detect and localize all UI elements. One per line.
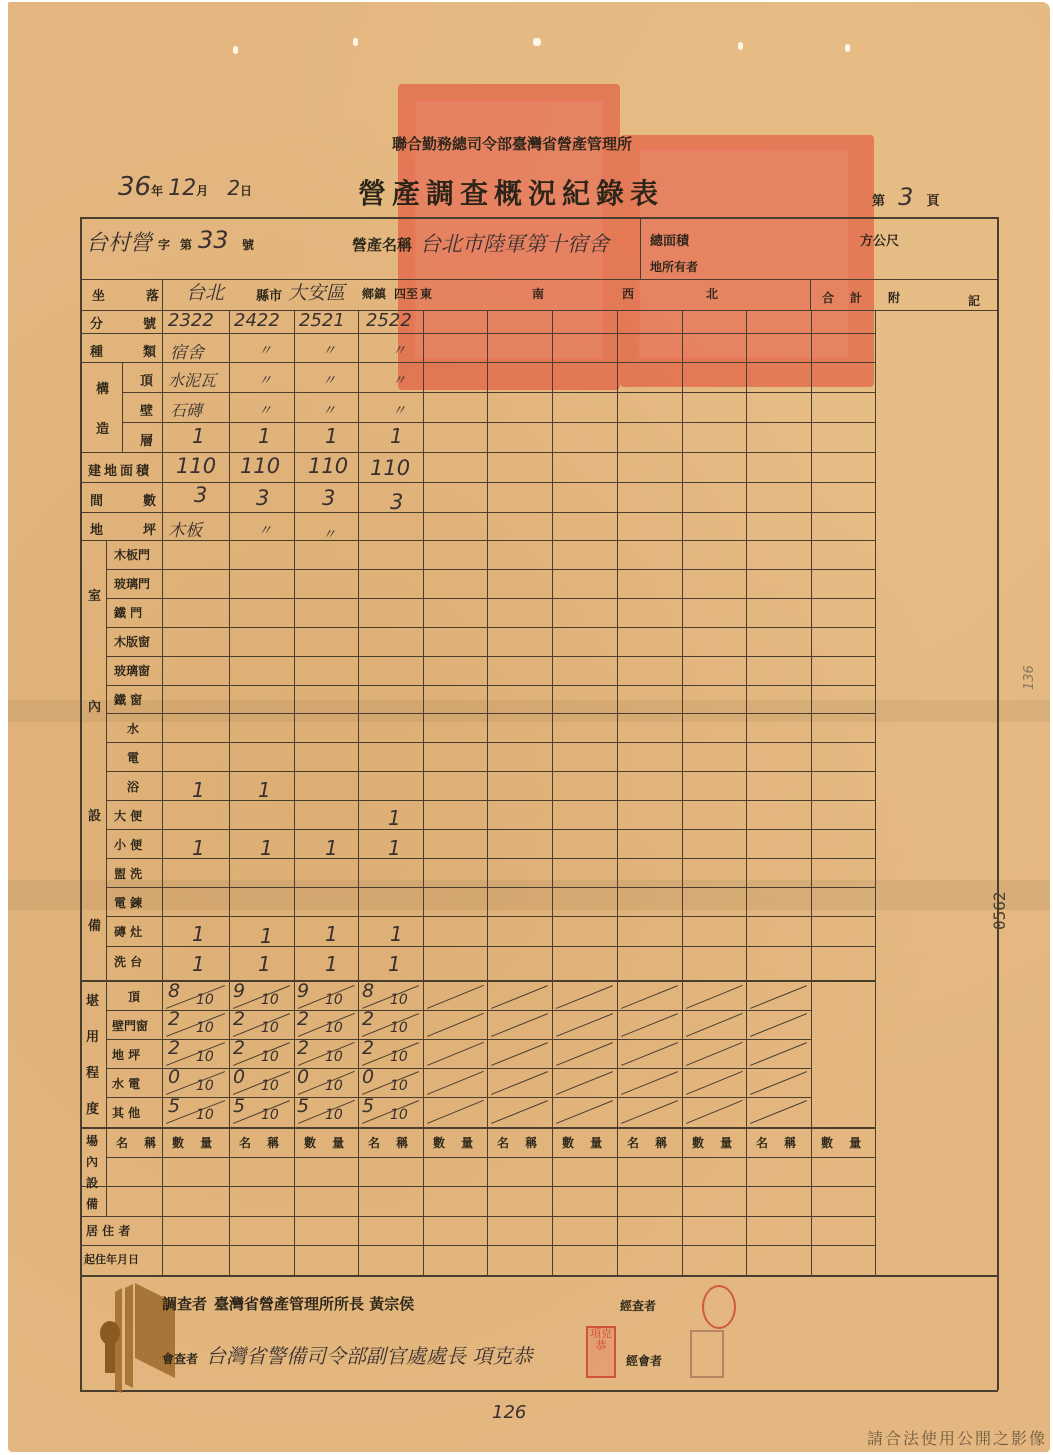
usability-numerator: 2: [233, 1008, 245, 1030]
facilities-column-header: 數 量: [821, 1134, 867, 1151]
resident-label: 居 住 者: [86, 1222, 130, 1239]
date: 36年 12月 2日: [118, 172, 252, 202]
date-day: 2: [227, 176, 240, 200]
reviewer-seal: [702, 1285, 736, 1329]
cell-sub-number: 2322: [168, 310, 214, 331]
side-archive-number: 0562: [990, 891, 1009, 930]
usability-denominator: 10: [196, 992, 214, 1008]
usability-denominator: 10: [196, 1078, 214, 1094]
punch-hole: [353, 38, 358, 46]
facilities-column-header: 名 稱: [116, 1134, 162, 1151]
usability-denominator: 10: [261, 1020, 279, 1036]
usability-denominator: 10: [390, 1049, 408, 1065]
move-in-date-label: 起住年月日: [84, 1251, 139, 1267]
usability-denominator: 10: [390, 1078, 408, 1094]
investigator-label: 調查者: [162, 1293, 207, 1314]
usage-watermark: 請合法使用公開之影像: [867, 1426, 1047, 1449]
usability-denominator: 10: [390, 1020, 408, 1036]
cell-sub-number: 2522: [366, 310, 412, 331]
facilities-column-header: 名 稱: [239, 1134, 285, 1151]
usability-denominator: 10: [390, 992, 408, 1008]
owner-label: 地所有者: [650, 258, 698, 275]
location-district: 大安區: [288, 278, 345, 305]
date-year: 36: [118, 172, 151, 202]
property-name: 台北市陸軍第十宿舍: [420, 228, 609, 258]
usability-numerator: 5: [168, 1095, 180, 1117]
usability-numerator: 2: [362, 1037, 374, 1059]
handwritten-page-number: 126: [492, 1402, 526, 1423]
usability-numerator: 5: [233, 1095, 245, 1117]
file-number: 33: [198, 226, 229, 254]
usability-denominator: 10: [196, 1020, 214, 1036]
usability-numerator: 0: [233, 1066, 245, 1088]
usability-denominator: 10: [325, 1078, 343, 1094]
location-county: 台北: [186, 278, 224, 305]
usability-numerator: 0: [168, 1066, 180, 1088]
usability-denominator: 10: [325, 1049, 343, 1065]
table-border-bottom: [80, 1390, 998, 1392]
usability-denominator: 10: [261, 1078, 279, 1094]
co-reviewer-label: 經會者: [626, 1352, 662, 1369]
usability-numerator: 0: [297, 1066, 309, 1088]
usability-denominator: 10: [261, 992, 279, 1008]
co-reviewer-seal: [690, 1330, 724, 1378]
facilities-column-header: 數 量: [172, 1134, 218, 1151]
usability-denominator: 10: [325, 1107, 343, 1123]
fold-crease: [8, 700, 1050, 722]
table-border-mid: [80, 1275, 998, 1277]
total-area-unit: 方公尺: [860, 230, 899, 249]
facilities-column-header: 數 量: [692, 1134, 738, 1151]
fold-crease: [8, 880, 1050, 910]
usability-denominator: 10: [325, 992, 343, 1008]
facilities-column-header: 名 稱: [756, 1134, 802, 1151]
usability-denominator: 10: [261, 1049, 279, 1065]
co-investigator-label: 會查者: [162, 1350, 198, 1367]
investigator: 臺灣省營產管理所所長 黃宗侯: [214, 1293, 414, 1314]
usability-numerator: 8: [362, 980, 374, 1002]
reviewer-label: 經查者: [620, 1297, 656, 1314]
table-border-right: [997, 217, 999, 1390]
facilities-column-header: 名 稱: [627, 1134, 673, 1151]
usability-numerator: 2: [168, 1037, 180, 1059]
usability-numerator: 2: [168, 1008, 180, 1030]
table-border-left: [80, 217, 82, 1390]
usability-denominator: 10: [261, 1107, 279, 1123]
co-investigator: 台灣省警備司令部副官處處長 項克恭: [206, 1340, 532, 1369]
punch-hole: [233, 46, 238, 54]
usability-numerator: 2: [362, 1008, 374, 1030]
usability-numerator: 0: [362, 1066, 374, 1088]
punch-hole: [738, 42, 743, 50]
cell-sub-number: 2521: [299, 310, 345, 331]
facilities-column-header: 數 量: [433, 1134, 479, 1151]
usability-denominator: 10: [196, 1107, 214, 1123]
usability-numerator: 2: [297, 1008, 309, 1030]
co-investigator-seal: 項克恭: [586, 1326, 616, 1378]
usability-denominator: 10: [196, 1049, 214, 1065]
file-prefix: 台村營: [86, 226, 152, 257]
usability-numerator: 2: [233, 1037, 245, 1059]
facilities-column-header: 名 稱: [368, 1134, 414, 1151]
total-area-label: 總面積: [650, 230, 689, 249]
file-char-label: 字: [158, 236, 170, 253]
page-title: 營產調查概況紀錄表: [358, 172, 664, 212]
usability-denominator: 10: [325, 1020, 343, 1036]
punch-hole: [845, 44, 850, 52]
usability-numerator: 9: [297, 980, 309, 1002]
cell-sub-number: 2422: [234, 310, 280, 331]
usability-numerator: 2: [297, 1037, 309, 1059]
punch-hole: [533, 38, 541, 46]
facilities-column-header: 名 稱: [497, 1134, 543, 1151]
date-month: 12: [168, 176, 196, 201]
property-name-label: 營產名稱: [352, 234, 412, 255]
organization-name: 聯合勤務總司令部臺灣省營產管理所: [392, 133, 632, 154]
facilities-column-header: 數 量: [304, 1134, 350, 1151]
usability-numerator: 8: [168, 980, 180, 1002]
side-note: 136: [1022, 665, 1037, 690]
usability-denominator: 10: [390, 1107, 408, 1123]
facilities-column-header: 數 量: [562, 1134, 608, 1151]
table-border-top: [80, 217, 998, 219]
page-number: 第 3 頁: [872, 183, 940, 211]
usability-numerator: 5: [297, 1095, 309, 1117]
usability-numerator: 5: [362, 1095, 374, 1117]
usability-numerator: 9: [233, 980, 245, 1002]
